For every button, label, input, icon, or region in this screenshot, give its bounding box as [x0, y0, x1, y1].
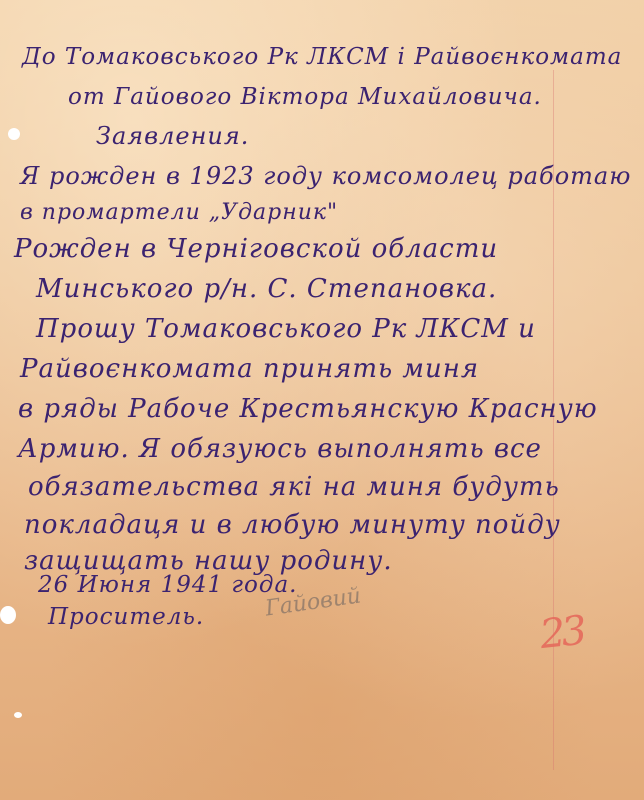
- applicant-label: Проситель.: [48, 606, 204, 629]
- document-title: Заявления.: [96, 124, 249, 148]
- body-line: защищать нашу родину.: [24, 548, 393, 574]
- archive-page-number: 23: [538, 608, 585, 658]
- date-line: 26 Июня 1941 года.: [38, 574, 298, 597]
- body-line: Райвоєнкомата принять миня: [20, 356, 479, 382]
- body-line: Минського р/н. С. Степановка.: [36, 276, 497, 302]
- document-page: До Томаковського Рк ЛКСМ і Райвоєнкомата…: [0, 0, 644, 800]
- body-line: покладаця и в любую минуту пойду: [24, 512, 561, 538]
- body-line: в промартели „Ударник": [20, 202, 338, 224]
- body-line: Я рожден в 1923 году комсомолец работаю: [20, 164, 631, 188]
- paper-hole: [8, 128, 20, 140]
- body-line: Армию. Я обязуюсь выполнять все: [18, 436, 542, 462]
- body-line: в ряды Рабоче Крестьянскую Красную: [18, 396, 598, 422]
- paper-hole: [0, 606, 16, 624]
- body-line: Прошу Томаковського Рк ЛКСМ и: [36, 316, 536, 342]
- paper-hole: [14, 712, 22, 718]
- sender-line: от Гайового Віктора Михайловича.: [68, 86, 542, 109]
- body-line: обязательства які на миня будуть: [28, 474, 560, 500]
- addressee-line: До Томаковського Рк ЛКСМ і Райвоєнкомата: [22, 46, 622, 69]
- body-line: Рожден в Черніговской области: [14, 236, 498, 262]
